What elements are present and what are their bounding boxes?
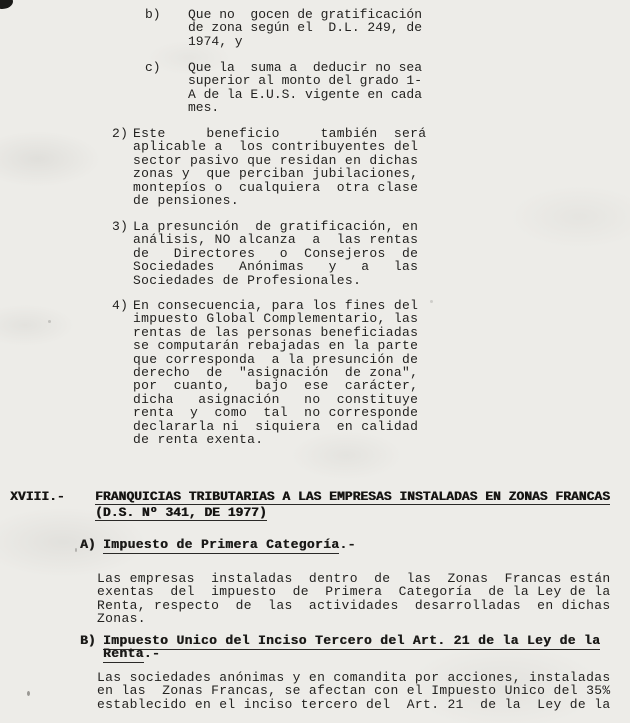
- item-b-marker: b): [145, 8, 188, 21]
- subsection-a-title-text: Impuesto de Primera Categoría: [103, 537, 339, 554]
- subsection-a-title: Impuesto de Primera Categoría.-: [103, 538, 356, 551]
- scanned-document-page: b) Que no gocen de gratificación de zona…: [0, 0, 630, 723]
- item-4-text: En consecuencia, para los fines del impu…: [133, 299, 418, 446]
- subsection-b-title-line2: Renta: [103, 646, 144, 663]
- list-item-c: c) Que la suma a deducir no sea superior…: [145, 61, 422, 115]
- section-title-line2: (D.S. Nº 341, DE 1977): [95, 506, 267, 521]
- subsection-b-title: Impuesto Unico del Inciso Tercero del Ar…: [103, 634, 600, 661]
- section-number: XVIII.-: [10, 490, 95, 503]
- item-4-marker: 4): [112, 299, 133, 312]
- item-b-text: Que no gocen de gratificación de zona se…: [188, 8, 422, 48]
- list-item-b: b) Que no gocen de gratificación de zona…: [145, 8, 422, 48]
- scan-corner-mark: [0, 0, 13, 9]
- section-title: FRANQUICIAS TRIBUTARIAS A LAS EMPRESAS I…: [95, 490, 610, 522]
- scan-speck: [48, 320, 51, 323]
- scan-speck: [75, 548, 77, 552]
- item-2-text: Este beneficio también será aplicable a …: [133, 127, 426, 207]
- subsection-a-heading: A) Impuesto de Primera Categoría.-: [80, 538, 356, 551]
- paragraph-b: Las sociedades anónimas y en comandita p…: [97, 671, 611, 711]
- subsection-b-title-line1: Impuesto Unico del Inciso Tercero del Ar…: [103, 633, 600, 650]
- list-item-3: 3) La presunción de gratificación, en an…: [112, 220, 418, 287]
- paragraph-a: Las empresas instaladas dentro de las Zo…: [97, 572, 611, 626]
- subsection-b-marker: B): [80, 634, 103, 647]
- item-c-marker: c): [145, 61, 188, 74]
- item-c-text: Que la suma a deducir no sea superior al…: [188, 61, 422, 115]
- subsection-a-title-suffix: .-: [339, 537, 355, 552]
- item-3-marker: 3): [112, 220, 133, 233]
- list-item-4: 4) En consecuencia, para los fines del i…: [112, 299, 418, 446]
- subsection-b-title-suffix: .-: [144, 646, 160, 661]
- section-title-line1: FRANQUICIAS TRIBUTARIAS A LAS EMPRESAS I…: [95, 490, 610, 505]
- list-item-2: 2) Este beneficio también será aplicable…: [112, 127, 426, 207]
- item-2-marker: 2): [112, 127, 133, 140]
- subsection-b-heading: B) Impuesto Unico del Inciso Tercero del…: [80, 634, 600, 661]
- item-3-text: La presunción de gratificación, en análi…: [133, 220, 418, 287]
- section-heading-xviii: XVIII.- FRANQUICIAS TRIBUTARIAS A LAS EM…: [10, 490, 610, 522]
- scan-speck: [27, 691, 30, 696]
- subsection-a-marker: A): [80, 538, 103, 551]
- scan-speck: [430, 300, 433, 303]
